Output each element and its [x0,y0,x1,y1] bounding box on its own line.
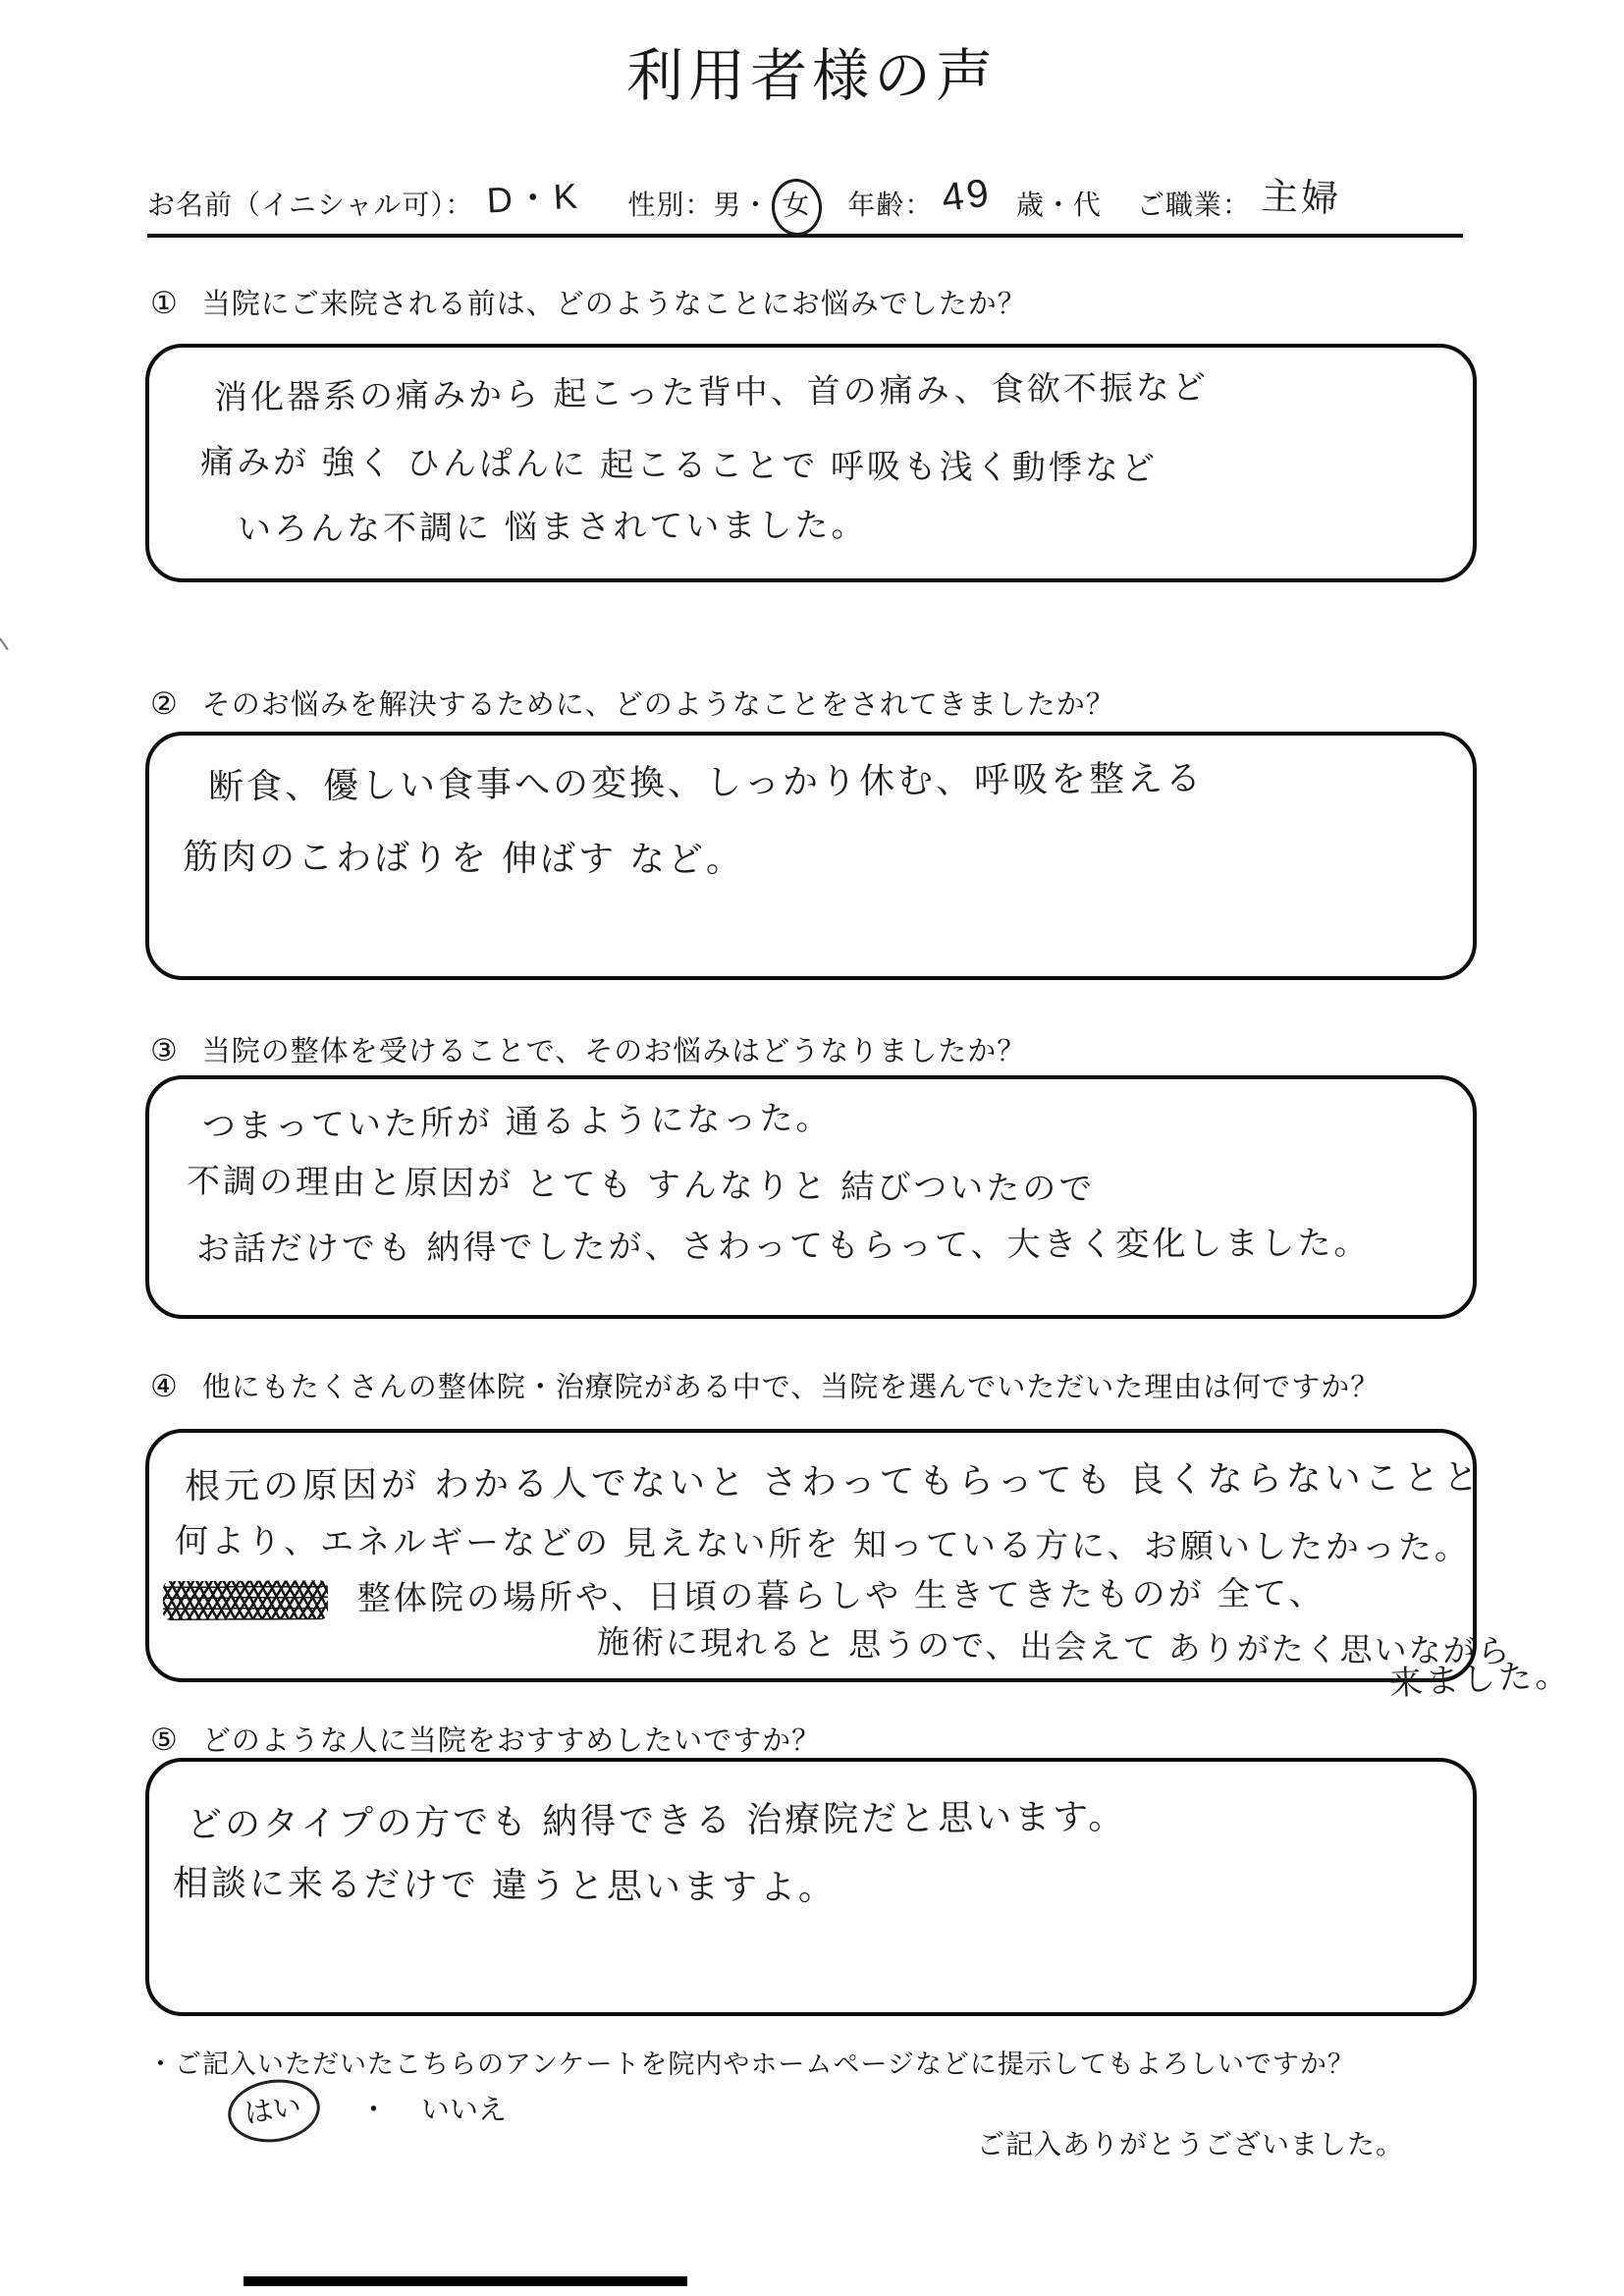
question-1-text: 当院にご来院される前は、どのようなことにお悩みでしたか？ [202,289,1027,320]
page-title: 利用者様の声 [0,29,1624,112]
answer-box-4: 根元の原因が わかる人でないと さわってもらっても 良くならないことと 何より、… [145,1429,1477,1682]
consent-option-no: いいえ [421,2095,507,2126]
thanks-message: ご記入ありがとうございました。 [977,2123,1404,2162]
gender-label: 性別：男・ [627,184,770,223]
answer-line: 筋肉のこわばりを 伸ばす など。 [183,838,744,880]
question-1-number: ① [150,286,179,320]
answer-line: どのタイプの方でも 納得できる 治療院だと思います。 [187,1797,1127,1844]
question-4-number: ④ [150,1369,179,1403]
name-value: D・K [486,177,581,221]
question-3-text: 当院の整体を受けることで、そのお悩みはどうなりましたか？ [202,1036,1026,1067]
age-value: 49 [940,171,994,220]
consent-options-row: はい・いいえ [228,2080,507,2142]
answer-line: 何より、エネルギーなどの 見えない所を 知っている方に、お願いしたかった。 [175,1524,1471,1567]
answer-line: 痛みが 強く ひんぱんに 起こることで 呼吸も浅く動悸など [200,445,1158,488]
scribble-redaction [163,1580,328,1620]
question-4: ④他にもたくさんの整体院・治療院がある中で、当院を選んでいただいた理由は何ですか… [150,1365,1380,1405]
answer-line: いろんな不調に 悩まされていました。 [238,508,868,549]
question-4-text: 他にもたくさんの整体院・治療院がある中で、当院を選んでいただいた理由は何ですか？ [202,1372,1380,1403]
answer-line: 不調の理由と原因が とても すんなりと 結びついたので [187,1164,1096,1208]
consent-separator: ・ [359,2095,388,2126]
job-value: 主婦 [1260,178,1341,222]
answer-box-5: どのタイプの方でも 納得できる 治療院だと思います。 相談に来るだけで 違うと思… [145,1758,1477,2016]
answer-line: 施術に現れると 思うので、出会えて ありがたく思いながら [597,1624,1512,1669]
question-5-text: どのような人に当院をおすすめしたいですか？ [202,1725,821,1757]
scan-speck [0,632,17,650]
question-1: ①当院にご来院される前は、どのようなことにお悩みでしたか？ [150,282,1027,322]
question-2: ②そのお悩みを解決するために、どのようなことをされてきましたか？ [150,683,1115,723]
question-2-text: そのお悩みを解決するために、どのようなことをされてきましたか？ [202,689,1115,721]
answer-line: つまっていた所が 通るようになった。 [202,1101,833,1146]
question-2-number: ② [150,686,179,721]
scanned-questionnaire-page: 利用者様の声 お名前（イニシャル可）： D・K 性別：男・ 女 年齢： 49 歳… [0,0,1624,2296]
answer-line-overflow: 来ました。 [1388,1657,1572,1703]
answer-text: 整体院の場所や、日頃の暮らしや 生きてきたものが 全て、 [357,1575,1326,1617]
answer-line: 断食、優しい食事への変換、しっかり休む、呼吸を整える [208,759,1204,806]
respondent-info-row: お名前（イニシャル可）： D・K 性別：男・ 女 年齢： 49 歳・代 ご職業：… [147,179,1463,238]
yes-circle-annotation: はい [224,2074,324,2148]
job-label: ご職業： [1137,184,1251,223]
age-suffix-label: 歳・代 [1016,184,1102,223]
question-3-number: ③ [150,1033,179,1067]
consent-question: ・ご記入いただいたこちらのアンケートを院内やホームページなどに提示してもよろしい… [147,2043,1355,2081]
question-5-number: ⑤ [150,1722,179,1757]
gender-female-option: 女 [782,190,813,222]
age-label: 年齢： [847,184,933,223]
answer-box-3: つまっていた所が 通るようになった。 不調の理由と原因が とても すんなりと 結… [145,1075,1477,1319]
scanner-edge-artifact [244,2276,687,2286]
answer-line: 消化器系の痛みから 起こった背中、首の痛み、食欲不振など [214,370,1209,417]
answer-box-1: 消化器系の痛みから 起こった背中、首の痛み、食欲不振など 痛みが 強く ひんぱん… [145,344,1477,582]
answer-box-2: 断食、優しい食事への変換、しっかり休む、呼吸を整える 筋肉のこわばりを 伸ばす … [145,732,1477,980]
answer-line: 根元の原因が わかる人でないと さわってもらっても 良くならないことと [185,1457,1483,1505]
name-label: お名前（イニシャル可）： [147,184,473,223]
consent-option-yes: はい [243,2091,303,2130]
gender-circle-annotation: 女 [770,177,825,238]
question-3: ③当院の整体を受けることで、そのお悩みはどうなりましたか？ [150,1029,1026,1069]
answer-line: 相談に来るだけで 違うと思いますよ。 [173,1864,837,1907]
answer-line: お話だけでも 納得でしたが、さわってもらって、大きく変化しました。 [196,1226,1371,1269]
question-5: ⑤どのような人に当院をおすすめしたいですか？ [150,1719,821,1759]
answer-line: 整体院の場所や、日頃の暮らしや 生きてきたものが 全て、 [163,1575,1326,1620]
